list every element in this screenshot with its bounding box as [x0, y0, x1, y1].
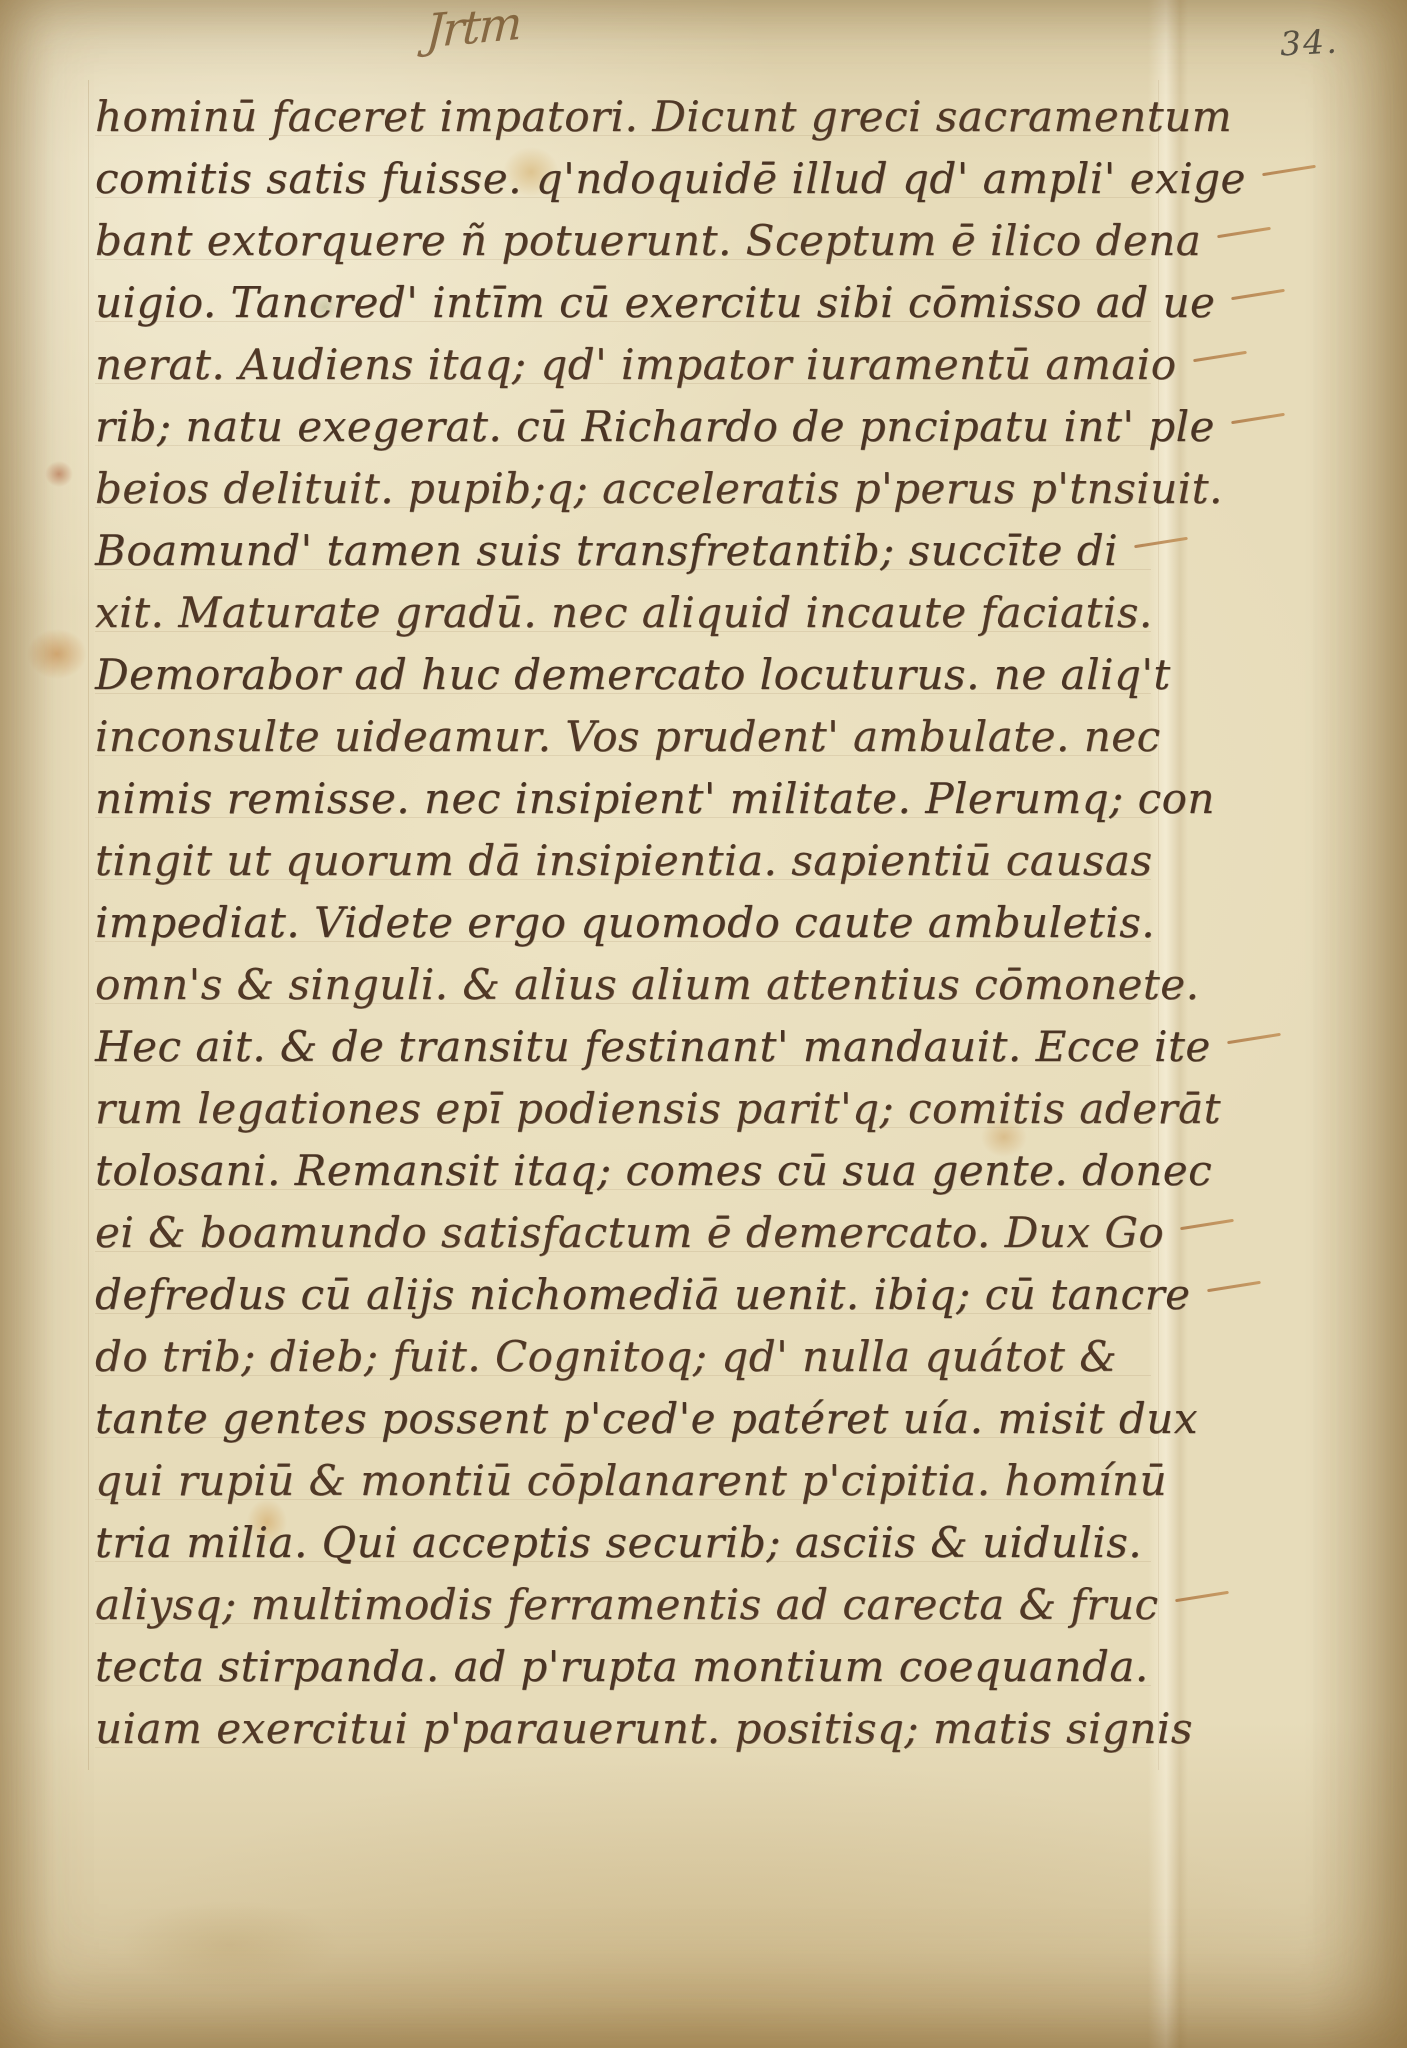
manuscript-line: do trib; dieb; fuit. Cognitoq; qd' nulla…	[95, 1328, 1151, 1390]
manuscript-line: beios delituit. pupib;q; acceleratis p'p…	[95, 460, 1151, 522]
manuscript-line: tingit ut quorum dā insipientia. sapient…	[95, 832, 1151, 894]
manuscript-line: nerat. Audiens itaq; qd' impator iuramen…	[95, 336, 1151, 398]
text-block: hominū faceret impatori. Dicunt greci sa…	[95, 88, 1151, 1762]
manuscript-line: omn's & singuli. & alius alium attentius…	[95, 956, 1151, 1018]
right-margin-rule	[1158, 80, 1159, 1770]
manuscript-line: rib; natu exegerat. cū Richardo de pncip…	[95, 398, 1151, 460]
manuscript-line: xit. Maturate gradū. nec aliquid incaute…	[95, 584, 1151, 646]
parchment-stain	[120, 1900, 340, 1990]
manuscript-line: Hec ait. & de transitu festinant' mandau…	[95, 1018, 1151, 1080]
manuscript-line: hominū faceret impatori. Dicunt greci sa…	[95, 88, 1151, 150]
manuscript-line: Demorabor ad huc demercato locuturus. ne…	[95, 646, 1151, 708]
manuscript-page: Jrtm 34. hominū faceret impatori. Dicunt…	[0, 0, 1407, 2048]
manuscript-line: uigio. Tancred' intīm cū exercitu sibi c…	[95, 274, 1151, 336]
manuscript-line: tante gentes possent p'ced'e patéret uía…	[95, 1390, 1151, 1452]
manuscript-line: aliysq; multimodis ferramentis ad carect…	[95, 1576, 1151, 1638]
manuscript-line: rum legationes epī podiensis parit'q; co…	[95, 1080, 1151, 1142]
manuscript-line: Boamund' tamen suis transfretantib; succ…	[95, 522, 1151, 584]
manuscript-line: inconsulte uideamur. Vos prudent' ambula…	[95, 708, 1151, 770]
manuscript-line: impediat. Videte ergo quomodo caute ambu…	[95, 894, 1151, 956]
manuscript-line: ei & boamundo satisfactum ē demercato. D…	[95, 1204, 1151, 1266]
quire-signature: Jrtm	[425, 0, 522, 54]
manuscript-line: bant extorquere ñ potuerunt. Sceptum ē i…	[95, 212, 1151, 274]
manuscript-line: defredus cū alijs nichomediā uenit. ibiq…	[95, 1266, 1151, 1328]
manuscript-line: tolosani. Remansit itaq; comes cū sua ge…	[95, 1142, 1151, 1204]
parchment-stain	[26, 628, 88, 680]
folio-number: 34.	[1279, 24, 1339, 60]
manuscript-line: uiam exercitui p'parauerunt. positisq; m…	[95, 1700, 1151, 1762]
manuscript-line: tecta stirpanda. ad p'rupta montium coeq…	[95, 1638, 1151, 1700]
parchment-stain	[44, 460, 74, 488]
manuscript-line: comitis satis fuisse. q'ndoquidē illud q…	[95, 150, 1151, 212]
left-margin-rule	[88, 80, 89, 1770]
manuscript-line: tria milia. Qui acceptis securib; asciis…	[95, 1514, 1151, 1576]
manuscript-line: qui rupiū & montiū cōplanarent p'cipitia…	[95, 1452, 1151, 1514]
manuscript-line: nimis remisse. nec insipient' militate. …	[95, 770, 1151, 832]
